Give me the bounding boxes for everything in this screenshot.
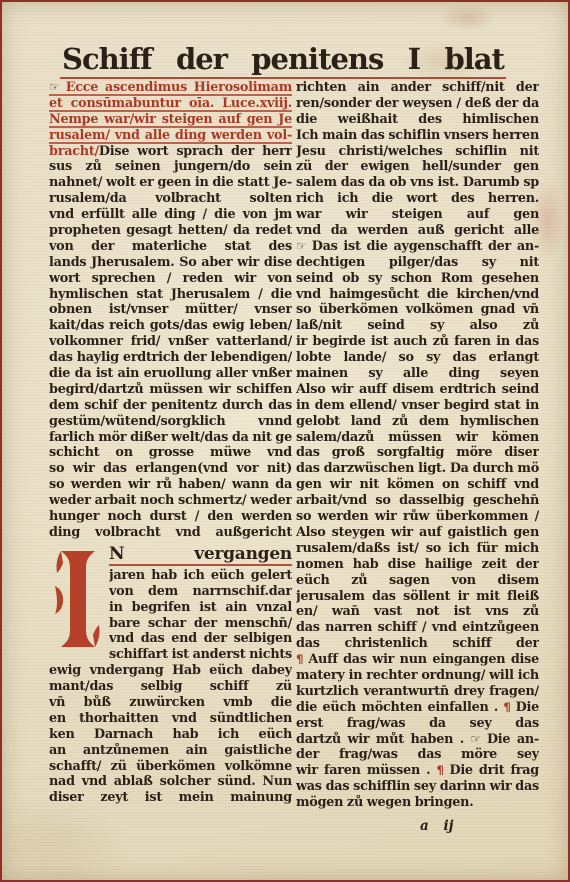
text-segment: eüch zů sagen von disem hymelischen xyxy=(296,573,539,589)
text-line: wir faren müssen . ¶ Die drit frag xyxy=(296,763,539,779)
lombard-initial-icon xyxy=(49,548,101,650)
text-segment: rusalem/ vnd alle ding werden vol- xyxy=(49,128,292,143)
text-line: volkomner frid/ vnßer vatterland/ xyxy=(49,334,292,350)
text-line: salem das da ob vns ist. Darumb sp xyxy=(296,175,539,191)
text-line: mant/das selbig schiff zü verlassen/ xyxy=(49,679,292,695)
text-line: die weißhait des himlischen vatters. xyxy=(296,112,539,128)
text-line: kurtzlich verantwurtn̄ drey fragen/ xyxy=(296,684,539,700)
text-line: jerusalem das söllent ir mit fleiß hör xyxy=(296,589,539,605)
text-segment: rich ich die wort des herren. Nement xyxy=(296,191,539,207)
text-line: vnd da werden auß gericht alle ding xyxy=(296,223,539,239)
drop-cap-initial: I xyxy=(49,548,101,650)
text-segment: ren/sonder der weysen / deß der da ist xyxy=(296,96,539,112)
text-segment: von der materliche stat des gelobten xyxy=(49,239,292,255)
text-segment: Das ist die aygenschafft der an- xyxy=(312,239,539,254)
text-line: an antzůnemen ain gaistliche billger xyxy=(49,743,292,759)
text-line: das groß sorgfaltig möre diser welt/ xyxy=(296,445,539,461)
quire-signature: a ij xyxy=(420,818,453,834)
text-segment: rusalem/da volbracht solten werden xyxy=(49,191,292,207)
text-line: wort sprechen / reden wir von vnßer xyxy=(49,271,292,287)
text-segment: nahnet/ wolt er geen in die statt Je- xyxy=(49,175,292,190)
text-segment: gelobt land zů dem hymlischen Jeru xyxy=(296,414,539,430)
text-line: matery in rechter ordnung/ will ich xyxy=(296,668,539,684)
text-segment: an antzůnemen ain gaistliche billger xyxy=(49,743,292,759)
text-segment: diser zeyt ist mein mainung auffzü- xyxy=(49,790,292,806)
text-line: das haylig erdtrich der lebendigen/ xyxy=(49,350,292,366)
text-line: ☞ Ecce ascendimus Hierosolimam xyxy=(49,80,292,96)
text-line: so werden wir rů haben/ wann da ist xyxy=(49,477,292,493)
text-segment: farlich mör dißer welt/das da nit ge xyxy=(49,430,292,445)
text-segment: erst frag/was da sey das jherusalem xyxy=(296,716,539,732)
text-line: vn̄ bůß zuwürcken vmb die vergang xyxy=(49,695,292,711)
text-line: schicht on grosse müwe vnd arbait/ xyxy=(49,445,292,461)
text-segment: lands Jherusalem. So aber wir dise xyxy=(49,255,292,270)
text-line: arbait/vnd so dasselbig geschehn̄ ist/ xyxy=(296,493,539,509)
text-line: ☞ Das ist die aygenschafft der an- xyxy=(296,239,539,255)
text-line: diser zeyt ist mein mainung auffzü- xyxy=(49,790,292,806)
text-segment: so werden wir růw überkommen / xyxy=(296,509,539,524)
text-segment: weder arbait noch schmertz/ weder xyxy=(49,493,292,508)
text-line: gelobt land zů dem hymlischen Jeru xyxy=(296,414,539,430)
text-line: gestüm/wütend/sorgklich vnnd ver- xyxy=(49,414,292,430)
text-segment: propheten gesagt hetten/ da redet er xyxy=(49,223,292,239)
text-segment: mant/das selbig schiff zü verlassen/ xyxy=(49,679,292,695)
text-line: rusalem/da volbracht solten werden xyxy=(49,191,292,207)
text-line: in begrifen ist ain vnzal xyxy=(109,600,292,616)
text-line: obnen ist/vnser mütter/ vnser sälig- xyxy=(49,302,292,318)
text-segment: begird/dartzů müssen wir schiffen in xyxy=(49,382,292,398)
text-line: hymlischen stat Jherusalem / die da xyxy=(49,287,292,303)
text-line: rusalem/ vnd alle ding werden vol- xyxy=(49,128,292,144)
text-segment: dartzů wir můt haben . xyxy=(296,732,470,747)
text-segment: lobte lande/ so sy das erlangt haben/ xyxy=(296,350,539,366)
text-line: das narren schiff / vnd eintzůgeen in xyxy=(296,620,539,636)
text-line: erst frag/was da sey das jherusalem xyxy=(296,716,539,732)
text-line: seind ob sy schon Rom gesehen haben xyxy=(296,271,539,287)
paragraph: I N vergangenjaren hab ich eüch gelertvo… xyxy=(49,544,292,806)
text-line: Jesu christi/welches schiflin nit fart xyxy=(296,144,539,160)
text-line: nomen hab dise hailige zeit der vastn̄ xyxy=(296,557,539,573)
text-segment: wort sprechen / reden wir von vnßer xyxy=(49,271,292,287)
text-line: N vergangen xyxy=(109,544,292,566)
text-segment: in dem ellend/ vnser begird stat in dz xyxy=(296,398,539,414)
running-title: Schiff der penitens I blat xyxy=(62,42,504,76)
text-segment: hymlischen stat Jherusalem / die da xyxy=(49,287,292,303)
text-line: farlich mör dißer welt/das da nit ge xyxy=(49,430,292,446)
text-segment: kurtzlich verantwurtn̄ drey fragen/ xyxy=(296,684,539,699)
text-line: richten ain ander schiff/nit der nar- xyxy=(296,80,539,96)
text-segment: Nempe war/wir steigen auf gen Je xyxy=(49,112,292,127)
text-segment: hunger noch durst / den werden alle xyxy=(49,509,292,525)
text-segment: dechtigen pilger/das sy nit benügig xyxy=(296,255,539,271)
text-line: weder arbait noch schmertz/ weder xyxy=(49,493,292,509)
text-line: gen wir nit kömen on schiff vnd groß xyxy=(296,477,539,493)
text-segment: en thorhaitten vnd sündtlichen wer- xyxy=(49,711,292,727)
text-segment: ken Darnach hab ich eüch vnderwiß xyxy=(49,727,292,743)
text-segment: ir begirde ist auch zů faren in das ge xyxy=(296,334,539,350)
pilcrow-mark: ¶ xyxy=(436,763,449,777)
text-line: vnd das end der selbigen xyxy=(109,631,292,647)
text-line: sus zů seinen jungern/do sein leyden xyxy=(49,159,292,175)
text-segment: N vergangen xyxy=(109,544,292,564)
text-line: lobte lande/ so sy das erlangt haben/ xyxy=(296,350,539,366)
text-segment: kait/das reich gots/das ewig leben/ xyxy=(49,318,292,333)
text-segment: bracht/ xyxy=(49,144,99,159)
text-line: salem/dazů müssen wir kömen durch xyxy=(296,430,539,446)
text-segment: rusalem/daßs ist/ so ich für mich ge xyxy=(296,541,539,557)
text-segment: schiffart ist anderst nichts dann der xyxy=(109,647,292,663)
running-title-word: penitens xyxy=(251,42,383,76)
manicule-icon: ☞ xyxy=(470,732,486,746)
text-segment: so werden wir rů haben/ wann da ist xyxy=(49,477,292,493)
text-segment: so überkömen volkömen gnad vn̄ ab xyxy=(296,302,539,318)
text-segment: salem das da ob vns ist. Darumb sp xyxy=(296,175,539,190)
text-line: bracht/Dise wort sprach der herr Je- xyxy=(49,144,292,160)
text-line: et consūmabuntur oīa. Luce.xviij. xyxy=(49,96,292,112)
paragraph: richten ain ander schiff/nit der nar-ren… xyxy=(296,80,539,811)
folio-number: I xyxy=(408,42,421,76)
text-segment: so wir das erlangen(vnd vor nit) xyxy=(49,461,292,476)
text-segment: schicht on grosse müwe vnd arbait/ xyxy=(49,445,292,461)
book-page-scan: Schiff der penitens I blat ☞ Ecce ascend… xyxy=(0,0,570,882)
text-segment: mainen sy alle ding seyen volbracht xyxy=(296,366,539,382)
text-line: Nempe war/wir steigen auf gen Je xyxy=(49,112,292,128)
text-line: Also wir auff disem erdtrich seind hie xyxy=(296,382,539,398)
text-line: begird/dartzů müssen wir schiffen in xyxy=(49,382,292,398)
manicule-icon: ☞ xyxy=(296,239,312,253)
text-segment: die weißhait des himlischen vatters. xyxy=(296,112,539,128)
text-segment: die da ist ain eruollung aller vnßer xyxy=(49,366,292,381)
text-segment: das groß sorgfaltig möre diser welt/ xyxy=(296,445,539,461)
text-column-left: ☞ Ecce ascendimus Hierosolimamet consūma… xyxy=(49,80,292,806)
text-line: von dem narrnschif.dar xyxy=(109,584,292,600)
text-segment: vnd da werden auß gericht alle ding xyxy=(296,223,539,239)
text-segment: Ich main das schiflin vnsers herren xyxy=(296,128,539,143)
text-line: ken Darnach hab ich eüch vnderwiß xyxy=(49,727,292,743)
text-segment: Die xyxy=(516,700,539,715)
text-line: so wir das erlangen(vnd vor nit) xyxy=(49,461,292,477)
running-title-word: der xyxy=(176,42,227,76)
text-segment: bare schar der menschn̄/ xyxy=(109,616,292,631)
text-line: vnd haimgesůcht die kirchen/vnd al xyxy=(296,287,539,303)
text-line: ir begirde ist auch zů faren in das ge xyxy=(296,334,539,350)
text-line: lands Jherusalem. So aber wir dise xyxy=(49,255,292,271)
text-line: mainen sy alle ding seyen volbracht xyxy=(296,366,539,382)
text-line: vnd erfüllt alle ding / die von jm die xyxy=(49,207,292,223)
text-segment: vn̄ bůß zuwürcken vmb die vergang xyxy=(49,695,292,711)
text-segment: Auff das wir nun eingangen dise xyxy=(308,652,539,667)
text-segment: das narren schiff / vnd eintzůgeen in xyxy=(296,620,539,636)
text-line: Also steygen wir auf gaistlich gen ie xyxy=(296,525,539,541)
paragraph: ☞ Ecce ascendimus Hierosolimamet consūma… xyxy=(49,80,292,541)
text-segment: laß/nit seind sy also zů fridn̄/sunder xyxy=(296,318,539,334)
text-segment: vnd haimgesůcht die kirchen/vnd al xyxy=(296,287,539,303)
text-line: so werden wir růw überkommen / xyxy=(296,509,539,525)
text-segment: nomen hab dise hailige zeit der vastn̄ xyxy=(296,557,539,573)
text-segment: en/ wan̄ vast not ist vns zů verlassen xyxy=(296,604,539,620)
text-line: so überkömen volkömen gnad vn̄ ab xyxy=(296,302,539,318)
text-line: dem schif der penitentz durch das vn xyxy=(49,398,292,414)
text-line: rusalem/daßs ist/ so ich für mich ge xyxy=(296,541,539,557)
text-column-right: richten ain ander schiff/nit der nar-ren… xyxy=(296,80,539,811)
text-segment: Ecce ascendimus Hierosolimam xyxy=(66,80,292,95)
text-segment: obnen ist/vnser mütter/ vnser sälig- xyxy=(49,302,292,318)
text-segment: richten ain ander schiff/nit der nar- xyxy=(296,80,539,96)
text-line: schiffart ist anderst nichts dann der xyxy=(109,647,292,663)
text-segment: salem/dazů müssen wir kömen durch xyxy=(296,430,539,446)
pilcrow-mark: ¶ xyxy=(503,700,515,714)
text-line: hunger noch durst / den werden alle xyxy=(49,509,292,525)
text-line: zü der ewigen hell/sunder gen Jheru xyxy=(296,159,539,175)
text-line: ren/sonder der weysen / deß der da ist xyxy=(296,96,539,112)
text-segment: nad vnd ablaß solcher sünd. Nun zü xyxy=(49,774,292,790)
text-segment: war wir steigen auf gen Jherusalem xyxy=(296,207,539,223)
text-line: Ich main das schiflin vnsers herren xyxy=(296,128,539,144)
text-line: bare schar der menschn̄/ xyxy=(109,616,292,632)
text-segment: sus zů seinen jungern/do sein leyden xyxy=(49,159,292,175)
text-line: kait/das reich gots/das ewig leben/ xyxy=(49,318,292,334)
text-line: von der materliche stat des gelobten xyxy=(49,239,292,255)
text-line: die eüch möchten einfallen . ¶ Die xyxy=(296,700,539,716)
text-segment: gestüm/wütend/sorgklich vnnd ver- xyxy=(49,414,292,430)
manicule-icon: ☞ xyxy=(49,80,66,94)
text-line: ewig vndergang Hab eüch dabey er- xyxy=(49,663,292,679)
running-title-word: Schiff xyxy=(62,42,152,76)
text-segment: et consūmabuntur oīa. Luce.xviij. xyxy=(49,96,292,111)
text-segment: Jesu christi/welches schiflin nit fart xyxy=(296,144,539,160)
text-segment: jaren hab ich eüch gelert xyxy=(109,568,292,583)
text-line: dechtigen pilger/das sy nit benügig xyxy=(296,255,539,271)
text-segment: vnd erfüllt alle ding / die von jm die xyxy=(49,207,292,223)
header-rule xyxy=(60,77,506,79)
text-segment: ewig vndergang Hab eüch dabey er- xyxy=(49,663,292,679)
running-title-word: blat xyxy=(444,42,503,76)
text-line: jaren hab ich eüch gelert xyxy=(109,568,292,584)
text-segment: das haylig erdtrich der lebendigen/ xyxy=(49,350,292,365)
text-segment: dem schif der penitentz durch das vn xyxy=(49,398,292,414)
text-segment: jerusalem das söllent ir mit fleiß hör xyxy=(296,589,539,605)
text-segment: matery in rechter ordnung/ will ich xyxy=(296,668,539,683)
text-segment: das christenlich schiff der weißhayt . xyxy=(296,636,539,652)
text-segment: was das schifflin sey darinn wir das xyxy=(296,779,539,794)
text-segment: mögen zů wegen bringen. xyxy=(296,795,473,810)
text-line: in dem ellend/ vnser begird stat in dz xyxy=(296,398,539,414)
text-segment: zü der ewigen hell/sunder gen Jheru xyxy=(296,159,539,175)
text-line: dartzů wir můt haben . ☞ Die an- xyxy=(296,732,539,748)
text-segment: Die an- xyxy=(487,732,539,747)
text-segment: Die drit frag xyxy=(449,763,539,778)
text-line: ding volbracht vnd außgericht sein. xyxy=(49,525,292,541)
text-segment: schafft/ zü überkömen volkömne ge- xyxy=(49,759,292,775)
text-line: das christenlich schiff der weißhayt . xyxy=(296,636,539,652)
text-segment: arbait/vnd so dasselbig geschehn̄ ist/ xyxy=(296,493,539,509)
text-line: nahnet/ wolt er geen in die statt Je- xyxy=(49,175,292,191)
text-segment: seind ob sy schon Rom gesehen haben xyxy=(296,271,539,287)
text-segment: Also wir auff disem erdtrich seind hie xyxy=(296,382,539,398)
pilcrow-mark: ¶ xyxy=(296,652,308,666)
text-line: das darzwüschen ligt. Da durch mö xyxy=(296,461,539,477)
text-line: war wir steigen auf gen Jherusalem xyxy=(296,207,539,223)
text-segment: wir faren müssen . xyxy=(296,763,436,778)
text-line: en thorhaitten vnd sündtlichen wer- xyxy=(49,711,292,727)
text-line: schafft/ zü überkömen volkömne ge- xyxy=(49,759,292,775)
text-line: propheten gesagt hetten/ da redet er xyxy=(49,223,292,239)
text-line: die da ist ain eruollung aller vnßer xyxy=(49,366,292,382)
text-segment: volkomner frid/ vnßer vatterland/ xyxy=(49,334,292,349)
text-line: en/ wan̄ vast not ist vns zů verlassen xyxy=(296,604,539,620)
text-segment: von dem narrnschif.dar xyxy=(109,584,292,599)
text-line: mögen zů wegen bringen. xyxy=(296,795,539,811)
text-line: eüch zů sagen von disem hymelischen xyxy=(296,573,539,589)
text-line: der frag/was das möre sey dardurch xyxy=(296,747,539,763)
text-line: ¶ Auff das wir nun eingangen dise xyxy=(296,652,539,668)
text-segment: in begrifen ist ain vnzal xyxy=(109,600,292,615)
text-segment: Also steygen wir auf gaistlich gen ie xyxy=(296,525,539,541)
text-line: nad vnd ablaß solcher sünd. Nun zü xyxy=(49,774,292,790)
text-line: laß/nit seind sy also zů fridn̄/sunder xyxy=(296,318,539,334)
text-segment: vnd das end der selbigen xyxy=(109,631,292,646)
text-segment: ding volbracht vnd außgericht sein. xyxy=(49,525,292,541)
text-segment: das darzwüschen ligt. Da durch mö xyxy=(296,461,539,476)
text-segment: der frag/was das möre sey dardurch xyxy=(296,747,539,763)
text-line: rich ich die wort des herren. Nement xyxy=(296,191,539,207)
text-segment: gen wir nit kömen on schiff vnd groß xyxy=(296,477,539,493)
text-segment: die eüch möchten einfallen . xyxy=(296,700,503,715)
text-line: was das schifflin sey darinn wir das xyxy=(296,779,539,795)
